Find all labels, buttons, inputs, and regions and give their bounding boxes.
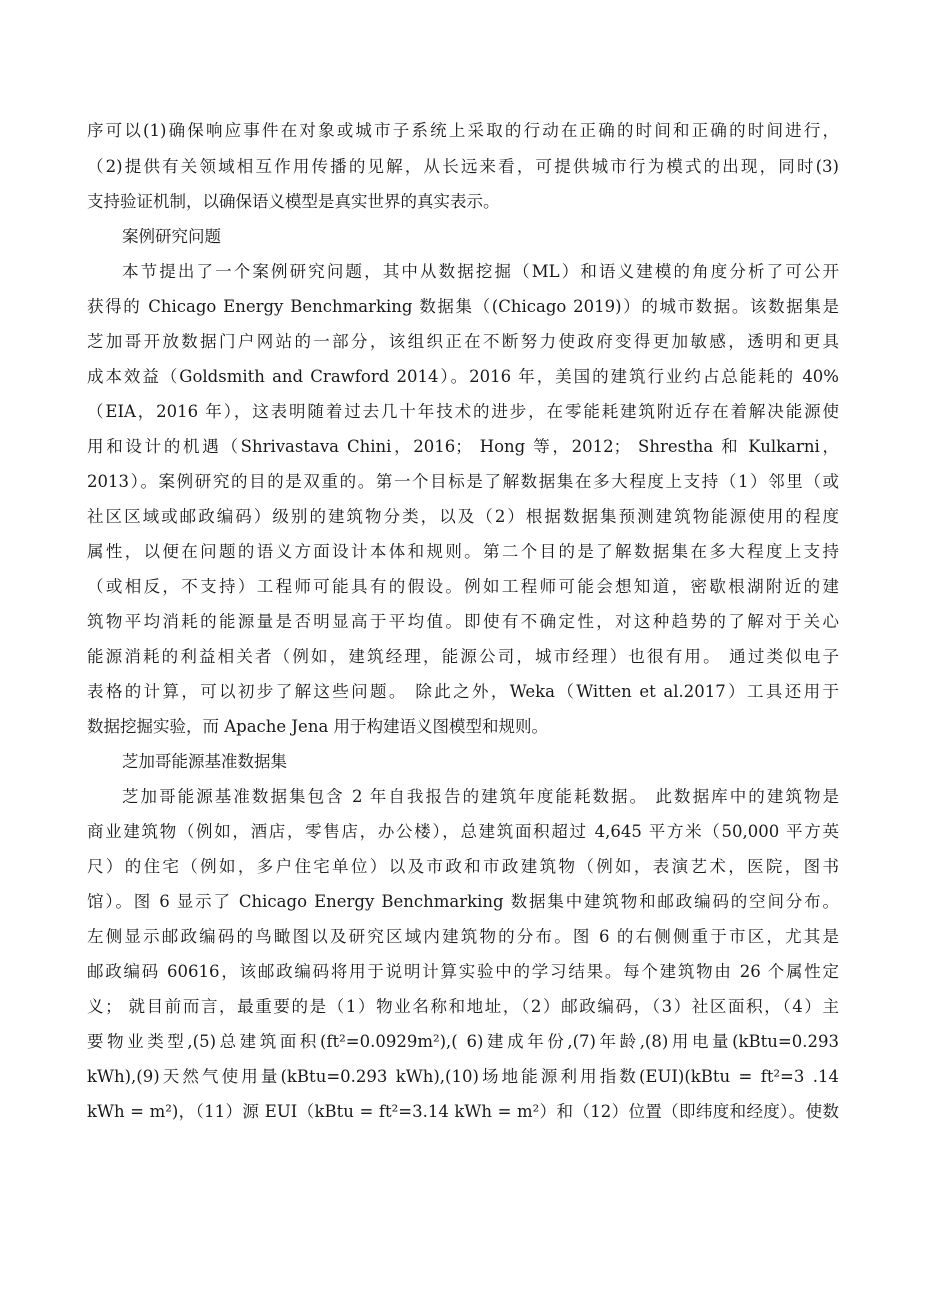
body-text-line: （或相反，不支持）工程师可能具有的假设。例如工程师可能会想知道，密歇根湖附近的建 bbox=[87, 569, 839, 605]
body-text-line: 馆）。图 6 显示了 Chicago Energy Benchmarking 数… bbox=[87, 884, 839, 920]
body-text-line: （EIA，2016 年），这表明随着过去几十年技术的进步，在零能耗建筑附近存在着… bbox=[87, 394, 839, 430]
body-text-line: 2013）。案例研究的目的是双重的。第一个目标是了解数据集在多大程度上支持（1）… bbox=[87, 464, 839, 500]
body-text-line: 芝加哥能源基准数据集包含 2 年自我报告的建筑年度能耗数据。 此数据库中的建筑物… bbox=[122, 779, 839, 815]
body-text-line: 属性，以便在问题的语义方面设计本体和规则。第二个目的是了解数据集在多大程度上支持 bbox=[87, 534, 839, 570]
body-text-line: kWh),(9)天然气使用量(kBtu=0.293 kWh),(10)场地能源利… bbox=[87, 1059, 839, 1095]
section-heading-chicago-dataset: 芝加哥能源基准数据集 bbox=[122, 744, 839, 780]
body-text-line: 筑物平均消耗的能源量是否明显高于平均值。即使有不确定性，对这种趋势的了解对于关心 bbox=[87, 604, 839, 640]
body-text-line: 要物业类型,(5)总建筑面积(ft²=0.0929m²),( 6)建成年份,(7… bbox=[87, 1024, 839, 1060]
document-page: 序可以(1)确保响应事件在对象或城市子系统上采取的行动在正确的时间和正确的时间进… bbox=[0, 0, 926, 1309]
body-text-line: 成本效益（Goldsmith and Crawford 2014）。2016 年… bbox=[87, 359, 839, 395]
body-text-line: 表格的计算，可以初步了解这些问题。 除此之外，Weka（Witten et al… bbox=[87, 674, 839, 710]
body-text-line: 用和设计的机遇（Shrivastava Chini，2016； Hong 等，2… bbox=[87, 429, 839, 465]
body-text-line: 序可以(1)确保响应事件在对象或城市子系统上采取的行动在正确的时间和正确的时间进… bbox=[87, 113, 839, 149]
body-text-line: 能源消耗的利益相关者（例如，建筑经理，能源公司，城市经理）也很有用。 通过类似电… bbox=[87, 639, 839, 675]
body-text-line: 商业建筑物（例如，酒店，零售店，办公楼），总建筑面积超过 4,645 平方米（5… bbox=[87, 814, 839, 850]
body-text-line: 社区区域或邮政编码）级别的建筑物分类，以及（2）根据数据集预测建筑物能源使用的程… bbox=[87, 499, 839, 535]
body-text-line: 芝加哥开放数据门户网站的一部分，该组织正在不断努力使政府变得更加敏感，透明和更具 bbox=[87, 324, 839, 360]
body-text-line: 支持验证机制，以确保语义模型是真实世界的真实表示。 bbox=[87, 184, 839, 220]
body-text-line: 本节提出了一个案例研究问题，其中从数据挖掘（ML）和语义建模的角度分析了可公开 bbox=[122, 254, 839, 290]
section-heading-case-study: 案例研究问题 bbox=[122, 219, 839, 255]
body-text-line: 数据挖掘实验，而 Apache Jena 用于构建语义图模型和规则。 bbox=[87, 709, 839, 745]
body-text-line: 左侧显示邮政编码的鸟瞰图以及研究区域内建筑物的分布。图 6 的右侧侧重于市区，尤… bbox=[87, 919, 839, 955]
body-text-line: 义； 就目前而言，最重要的是（1）物业名称和地址，（2）邮政编码，（3）社区面积… bbox=[87, 989, 839, 1025]
body-text-line: （2)提供有关领域相互作用传播的见解，从长远来看，可提供城市行为模式的出现，同时… bbox=[87, 149, 839, 185]
body-text-line: 尺）的住宅（例如，多户住宅单位）以及市政和市政建筑物（例如，表演艺术，医院，图书 bbox=[87, 849, 839, 885]
body-text-line: 邮政编码 60616，该邮政编码将用于说明计算实验中的学习结果。每个建筑物由 2… bbox=[87, 954, 839, 990]
body-text-line: 获得的 Chicago Energy Benchmarking 数据集（(Chi… bbox=[87, 289, 839, 325]
body-text-line: kWh = m²)，（11）源 EUI（kBtu = ft²=3.14 kWh … bbox=[87, 1094, 839, 1130]
